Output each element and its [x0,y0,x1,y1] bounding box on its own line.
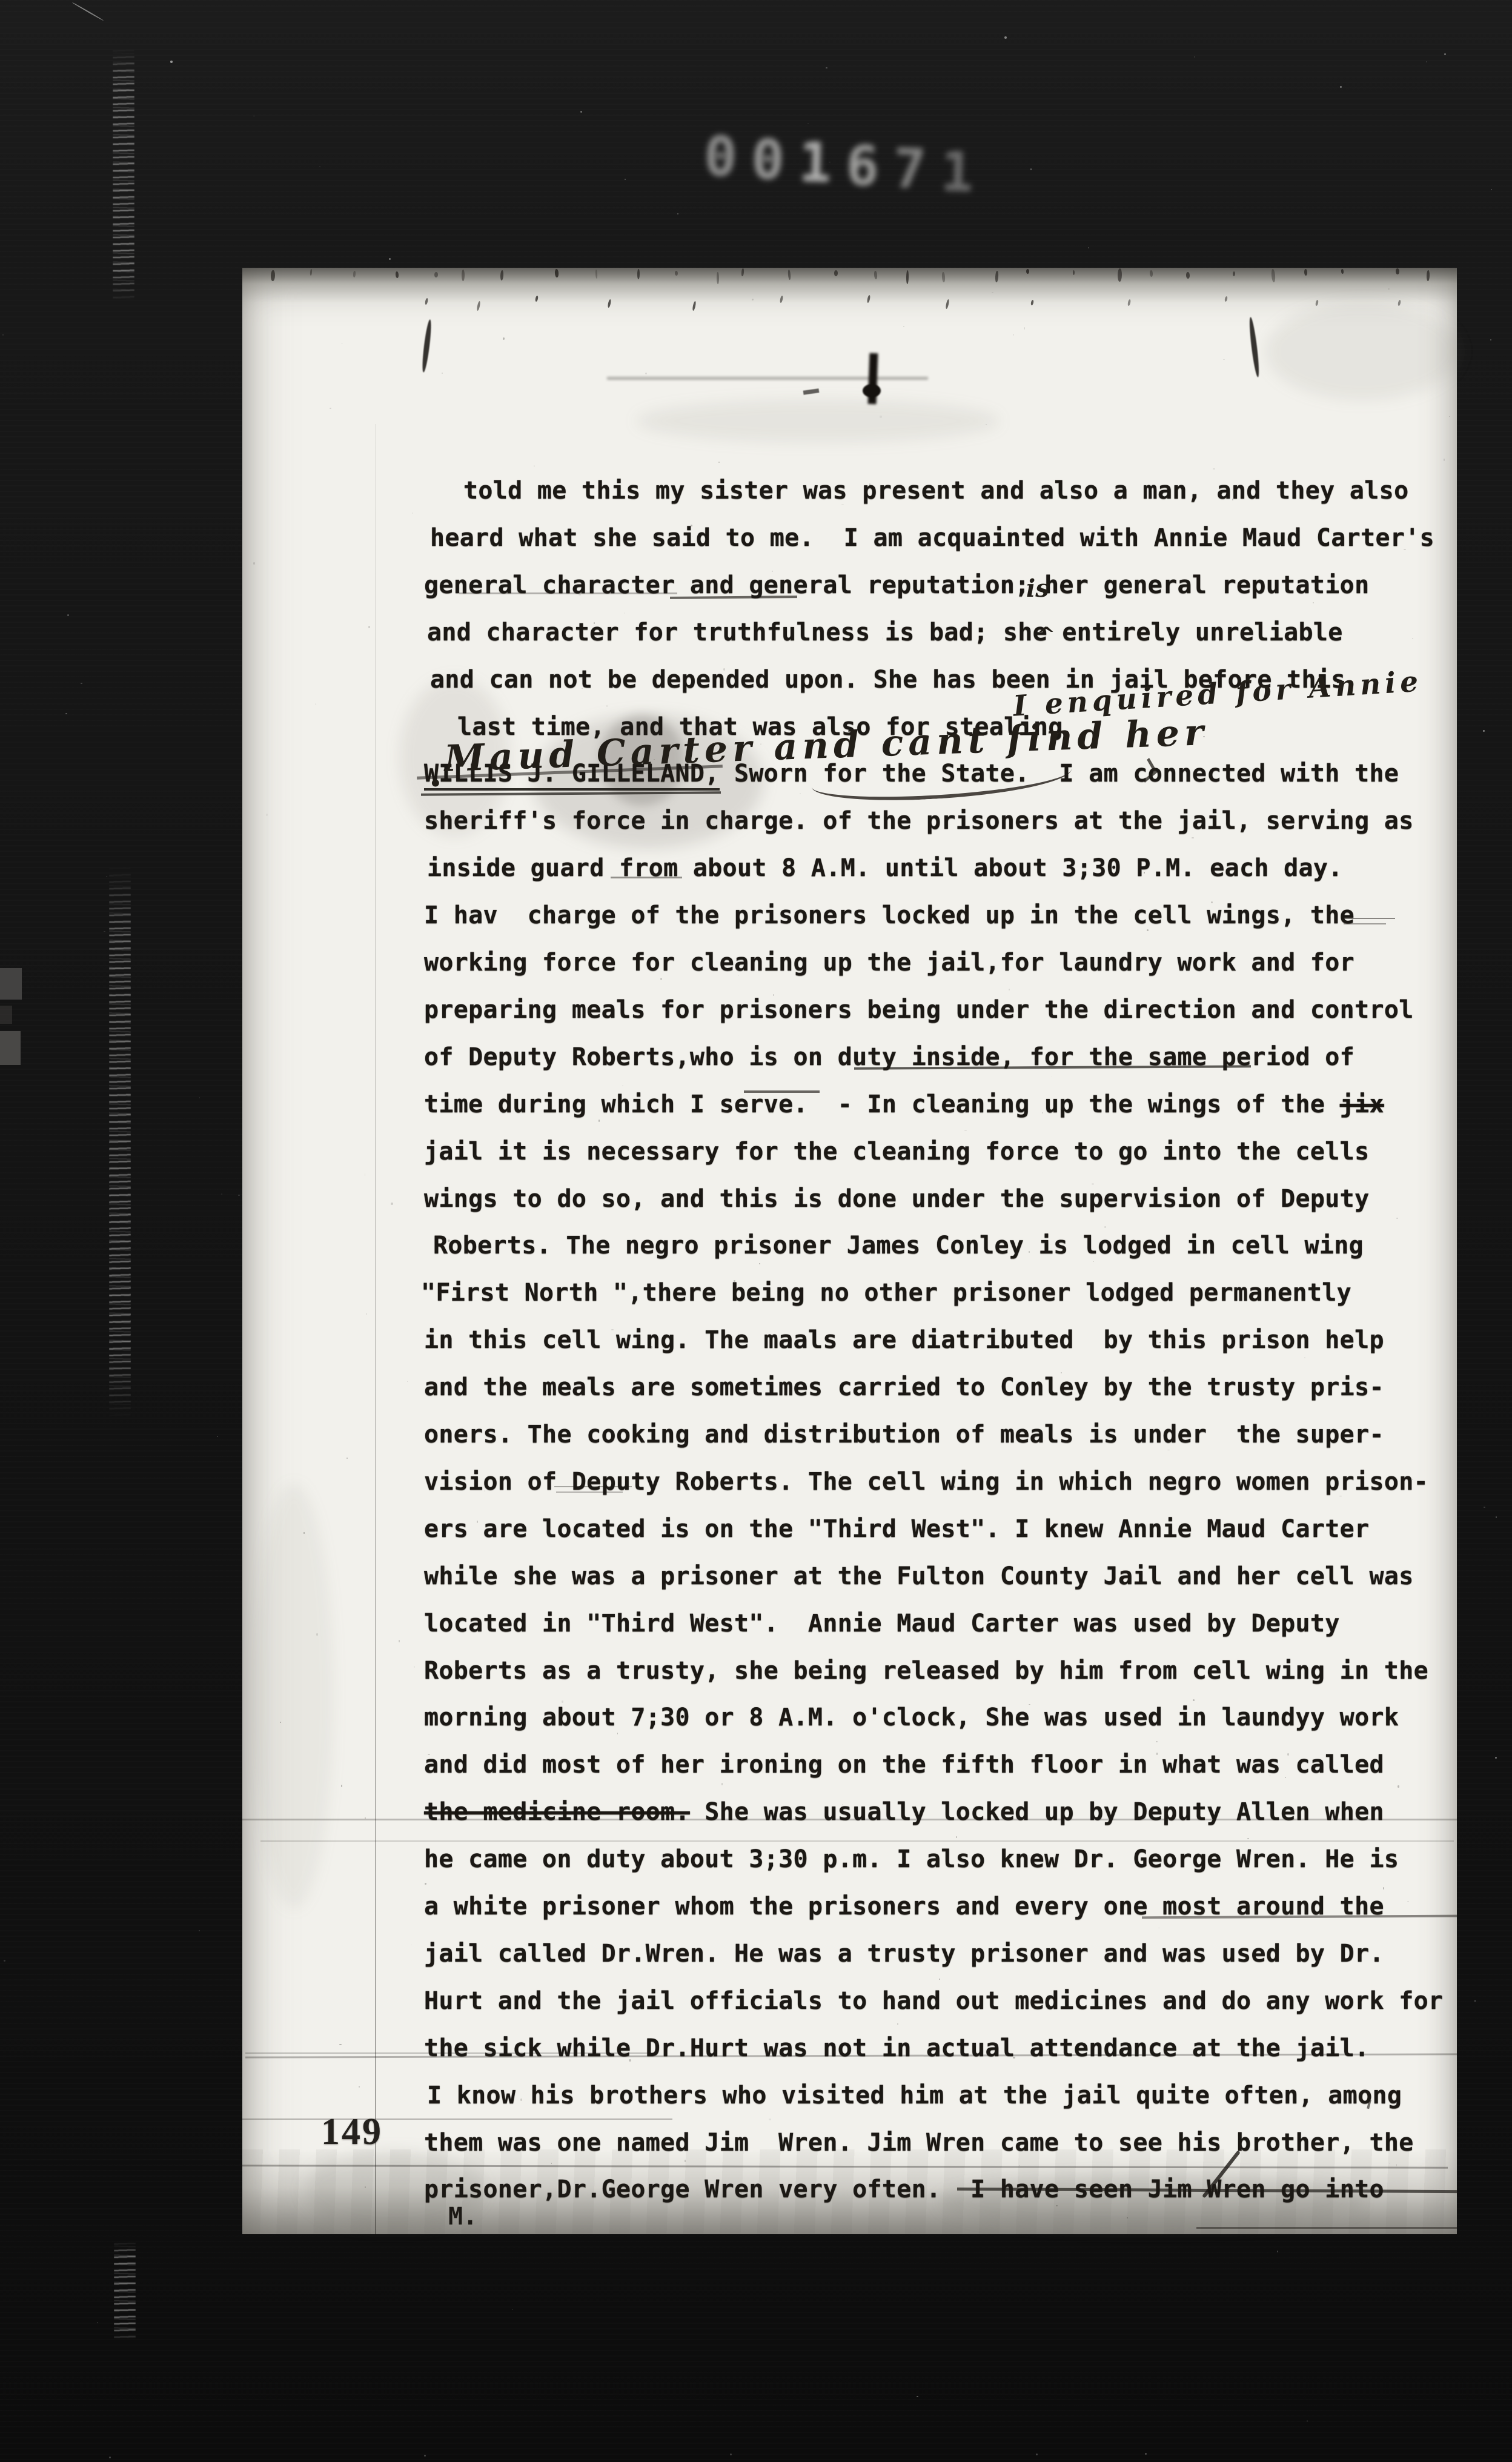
film-scratch-middle [109,866,131,1418]
typed-segment: jail it is necessary for the cleaning fo… [424,1138,1369,1166]
typed-segment: general character and general reputation… [424,571,1369,599]
typed-line-12: preparing meals for prisoners being unde… [424,996,1414,1024]
typed-line-8: sheriff's force in charge. of the prison… [424,807,1414,835]
typed-line-27: morning about 7;30 or 8 A.M. o'clock, Sh… [424,1704,1399,1731]
typed-segment: vision of Deputy Roberts. The cell wing … [424,1468,1428,1496]
typed-line-14: time during which I serve. - In cleaning… [424,1090,1384,1118]
typed-segment: heard what she said to me. I am acquaint… [430,524,1434,552]
film-scratch-bottom [114,2241,136,2341]
typed-line-31: a white prisoner whom the prisoners and … [424,1893,1384,1920]
typed-segment: I hav charge of the prisoners locked up … [424,901,1354,929]
typed-segment: jail called Dr.Wren. He was a trusty pri… [424,1940,1384,1968]
typed-line-36: them was one named Jim Wren. Jim Wren ca… [424,2129,1414,2157]
typed-line-25: located in "Third West". Annie Maud Cart… [424,1610,1340,1637]
typed-segment: Hurt and the jail officials to hand out … [424,1987,1443,2015]
typed-line-16: wings to do so, and this is done under t… [424,1185,1369,1213]
typed-segment: in this cell wing. The maals are diatrib… [424,1326,1384,1354]
typed-line-9: inside guard from about 8 A.M. until abo… [427,854,1343,882]
typed-line-33: Hurt and the jail officials to hand out … [424,1987,1443,2015]
stamp-digit: 0 [751,128,800,193]
typed-line-28: and did most of her ironing on the fifth… [424,1751,1384,1779]
paper-smudge [1266,303,1460,400]
typed-line-26: Roberts as a trusty, she being released … [424,1657,1428,1685]
film-edge-mark [0,1006,12,1024]
typed-line-11: working force for cleaning up the jail,f… [424,949,1354,977]
vertical-fold-line [375,424,376,2234]
paper-smudge [254,1484,333,1908]
stamp-digit: 0 [703,124,752,189]
typed-line-21: oners. The cooking and distribution of m… [424,1421,1384,1448]
typed-segment: ers are located is on the "Third West". … [424,1515,1369,1543]
typed-segment: while she was a prisoner at the Fulton C… [424,1562,1414,1590]
typed-segment: I know his brothers who visited him at t… [427,2082,1402,2109]
typed-line-10: I hav charge of the prisoners locked up … [424,901,1354,929]
typed-segment: and character for truthfulness is bad; s… [427,619,1343,646]
typed-segment: and did most of her ironing on the fifth… [424,1751,1384,1779]
microfilm-scan: { "stamp": { "number": "001671" }, "page… [0,0,1512,2462]
film-edge-mark [0,968,22,1000]
stamp-digit: 1 [940,140,989,205]
typed-segment-struck2: I have seen Jim Wren go into [970,2175,1384,2203]
ink-blot [863,384,881,397]
film-background: 001671 told me this my sister was presen… [0,0,1512,2462]
typed-segment: inside guard from about 8 A.M. until abo… [427,854,1343,882]
typed-line-35: I know his brothers who visited him at t… [427,2082,1402,2109]
typed-segment: wings to do so, and this is done under t… [424,1185,1369,1213]
typed-line-20: and the meals are sometimes carried to C… [424,1373,1384,1401]
typed-line-19: in this cell wing. The maals are diatrib… [424,1326,1384,1354]
typed-line-18: "First North ",there being no other pris… [421,1279,1351,1307]
typed-segment-struck: the medicine room. [424,1798,690,1826]
typed-line-23: ers are located is on the "Third West". … [424,1515,1369,1543]
typed-segment: sheriff's force in charge. of the prison… [424,807,1414,835]
stamp-digit: 1 [798,131,847,196]
stamp-digit: 7 [892,137,941,202]
typed-line-24: while she was a prisoner at the Fulton C… [424,1562,1414,1590]
developer-stamp-number: 001671 [703,124,989,205]
typed-line-29: the medicine room. She was usually locke… [424,1798,1384,1826]
typed-line-17: Roberts. The negro prisoner James Conley… [433,1232,1364,1259]
stamp-digit: 6 [845,134,894,199]
typed-segment: "First North ",there being no other pris… [421,1279,1351,1307]
film-scratch-top [113,48,134,303]
typed-segment: preparing meals for prisoners being unde… [424,996,1414,1024]
typed-line-30: he came on duty about 3;30 p.m. I also k… [424,1845,1399,1873]
footer-partial-character: M. [448,2203,477,2231]
typed-segment: and the meals are sometimes carried to C… [424,1373,1384,1401]
typed-line-32: jail called Dr.Wren. He was a trusty pri… [424,1940,1384,1968]
typed-segment-struck: jix [1340,1090,1384,1118]
typed-segment: She was usually locked up by Deputy Alle… [690,1798,1384,1826]
handwritten-insert-word: is [1026,574,1049,603]
typed-segment: the sick while Dr.Hurt was not in actual… [424,2034,1369,2062]
typed-line-34: the sick while Dr.Hurt was not in actual… [424,2034,1369,2062]
typed-segment: them was one named Jim Wren. Jim Wren ca… [424,2129,1414,2157]
typed-segment: Roberts as a trusty, she being released … [424,1657,1428,1685]
typed-segment: oners. The cooking and distribution of m… [424,1421,1384,1448]
typed-line-1: told me this my sister was present and a… [463,477,1408,505]
film-edge-mark [0,1031,21,1065]
typed-segment: of Deputy Roberts,who is on duty inside,… [424,1043,1354,1071]
typed-segment: time during which I serve. - In cleaning… [424,1090,1340,1118]
paper-smudge [636,400,1000,442]
typed-line-37: prisoner,Dr.George Wren very often. I ha… [424,2175,1384,2203]
typed-segment: he came on duty about 3;30 p.m. I also k… [424,1845,1399,1873]
page-number: 149 [321,2111,383,2154]
typed-segment: Roberts. The negro prisoner James Conley… [433,1232,1364,1259]
typed-segment: told me this my sister was present and a… [463,477,1408,505]
typed-line-2: heard what she said to me. I am acquaint… [430,524,1434,552]
ink-smear-line [607,377,928,380]
typed-segment: a white prisoner whom the prisoners and … [424,1893,1384,1920]
typed-segment: working force for cleaning up the jail,f… [424,949,1354,977]
typed-line-3: general character and general reputation… [424,571,1369,599]
typed-segment: prisoner,Dr.George Wren very often. [424,2175,970,2203]
typed-line-15: jail it is necessary for the cleaning fo… [424,1138,1369,1166]
typed-line-4: and character for truthfulness is bad; s… [427,619,1343,646]
typed-segment: morning about 7;30 or 8 A.M. o'clock, Sh… [424,1704,1399,1731]
insertion-caret-mark: ^ [1037,623,1055,645]
typed-segment: located in "Third West". Annie Maud Cart… [424,1610,1340,1637]
typed-line-13: of Deputy Roberts,who is on duty inside,… [424,1043,1354,1071]
typed-line-22: vision of Deputy Roberts. The cell wing … [424,1468,1428,1496]
